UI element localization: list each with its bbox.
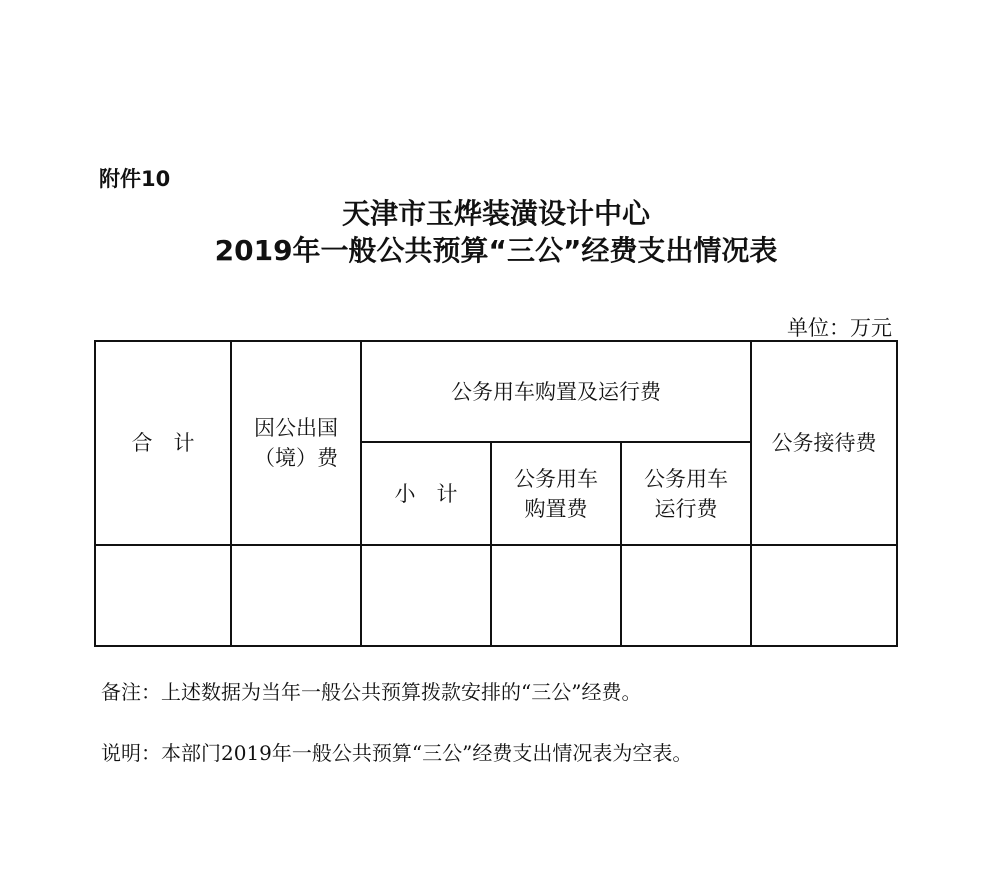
document-subtitle: 2019年一般公共预算“三公”经费支出情况表 <box>0 229 992 269</box>
header-vehicle-purchase-text: 公务用车购置费 <box>511 464 601 524</box>
header-vehicle-operation: 公务用车运行费 <box>621 442 751 545</box>
header-vehicle-subtotal: 小 计 <box>361 442 491 545</box>
attachment-label: 附件10 <box>99 163 170 193</box>
document-title: 天津市玉烨装潢设计中心 <box>0 192 992 232</box>
cell-vehicle-subtotal <box>361 545 491 646</box>
cell-reception <box>751 545 897 646</box>
cell-vehicle-operation <box>621 545 751 646</box>
cell-total <box>95 545 231 646</box>
cell-vehicle-purchase <box>491 545 621 646</box>
header-overseas-text: 因公出国（境）费 <box>246 413 346 473</box>
header-reception: 公务接待费 <box>751 341 897 545</box>
table-row <box>95 545 897 646</box>
unit-label: 单位：万元 <box>787 312 892 342</box>
header-vehicle-group: 公务用车购置及运行费 <box>361 341 751 442</box>
header-total: 合 计 <box>95 341 231 545</box>
explanation-note: 说明：本部门2019年一般公共预算“三公”经费支出情况表为空表。 <box>101 737 692 766</box>
header-vehicle-purchase: 公务用车购置费 <box>491 442 621 545</box>
header-vehicle-operation-text: 公务用车运行费 <box>641 464 731 524</box>
cell-overseas <box>231 545 361 646</box>
remark-note: 备注：上述数据为当年一般公共预算拨款安排的“三公”经费。 <box>101 676 641 705</box>
header-overseas: 因公出国（境）费 <box>231 341 361 545</box>
three-public-expenses-table: 合 计 因公出国（境）费 公务用车购置及运行费 公务接待费 小 计 公务用车购置… <box>94 340 898 647</box>
